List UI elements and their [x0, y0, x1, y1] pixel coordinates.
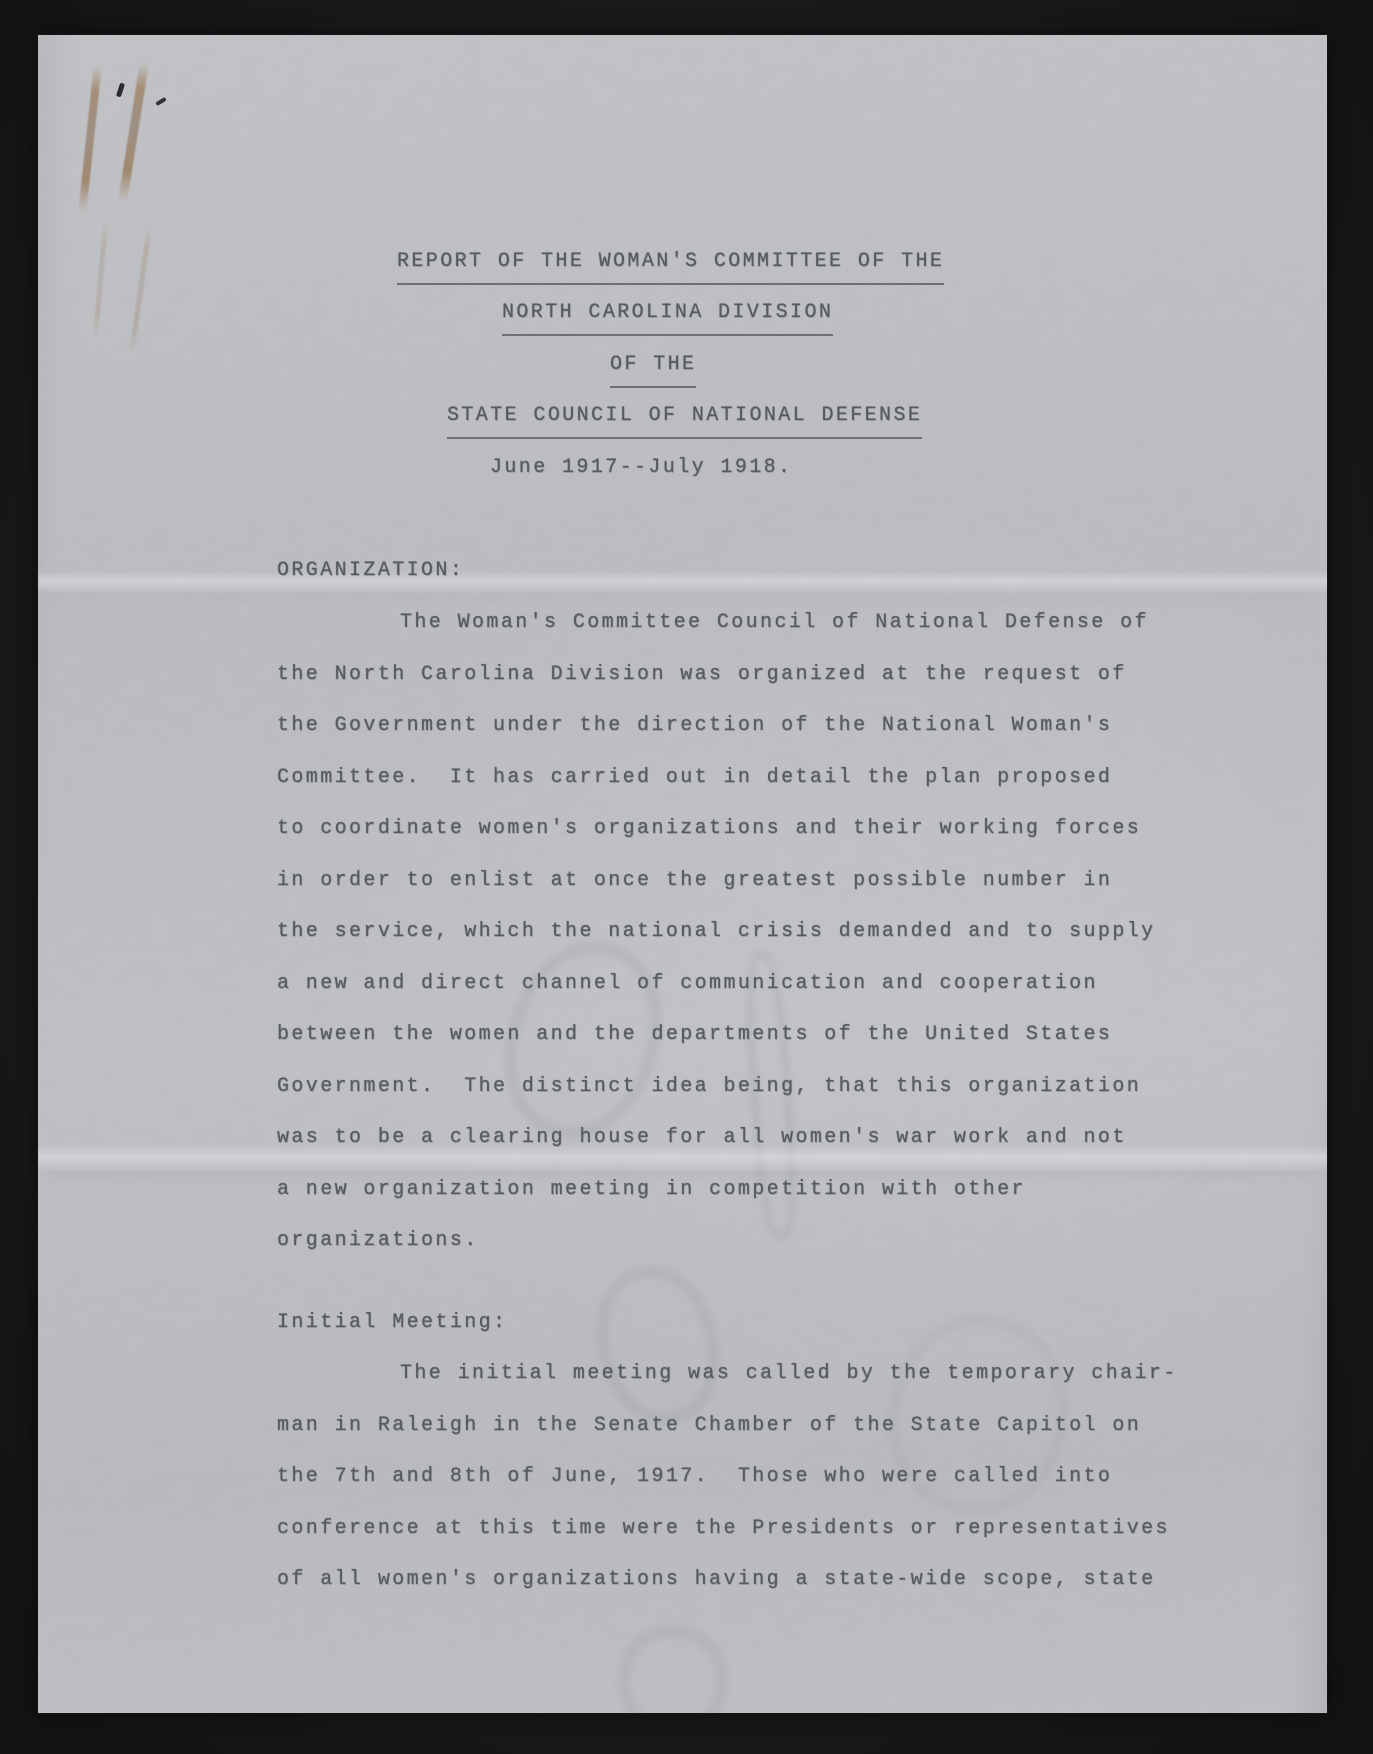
paragraph-line: Government. The distinct idea being, tha…	[277, 1061, 1156, 1113]
title-line-text: REPORT OF THE WOMAN'S COMMITTEE OF THE	[397, 246, 944, 285]
paragraph-line: The initial meeting was called by the te…	[277, 1348, 1178, 1400]
stamp-bleedthrough	[618, 1625, 728, 1713]
fold-crease	[38, 571, 1327, 593]
paragraph-line: between the women and the departments of…	[277, 1009, 1156, 1061]
section-heading-initial-meeting: Initial Meeting:	[277, 1303, 507, 1343]
title-line-text: OF THE	[610, 349, 696, 388]
title-line: OF THE	[610, 349, 696, 388]
paragraph-line: was to be a clearing house for all women…	[277, 1112, 1156, 1164]
paragraph-line: man in Raleigh in the Senate Chamber of …	[277, 1400, 1178, 1452]
rust-stain	[78, 65, 101, 213]
paragraph-line: the Government under the direction of th…	[277, 700, 1156, 752]
title-line: NORTH CAROLINA DIVISION	[502, 297, 833, 336]
title-line: STATE COUNCIL OF NATIONAL DEFENSE	[447, 400, 922, 439]
paragraph-line: the 7th and 8th of June, 1917. Those who…	[277, 1451, 1178, 1503]
paragraph-line: of all women's organizations having a st…	[277, 1554, 1178, 1606]
document-page: REPORT OF THE WOMAN'S COMMITTEE OF THE N…	[38, 35, 1327, 1713]
paragraph-line: to coordinate women's organizations and …	[277, 803, 1156, 855]
rust-stain	[93, 220, 108, 340]
section-heading-organization: ORGANIZATION:	[277, 551, 464, 591]
paragraph-line: organizations.	[277, 1215, 1156, 1267]
paragraph-line: the service, which the national crisis d…	[277, 906, 1156, 958]
paragraph-line: the North Carolina Division was organize…	[277, 649, 1156, 701]
date-line: June 1917--July 1918.	[490, 452, 792, 484]
paragraph-line: in order to enlist at once the greatest …	[277, 855, 1156, 907]
title-line-text: STATE COUNCIL OF NATIONAL DEFENSE	[447, 400, 922, 439]
title-line: REPORT OF THE WOMAN'S COMMITTEE OF THE	[397, 246, 944, 285]
paragraph-line: a new organization meeting in competitio…	[277, 1164, 1156, 1216]
paragraph-line: conference at this time were the Preside…	[277, 1503, 1178, 1555]
rust-stain	[129, 225, 152, 354]
paragraph-organization: The Woman's Committee Council of Nationa…	[277, 597, 1156, 1267]
scan-background: REPORT OF THE WOMAN'S COMMITTEE OF THE N…	[0, 0, 1373, 1754]
paragraph-line: Committee. It has carried out in detail …	[277, 752, 1156, 804]
paragraph-initial-meeting: The initial meeting was called by the te…	[277, 1348, 1178, 1606]
title-line-text: NORTH CAROLINA DIVISION	[502, 297, 833, 336]
paragraph-line: The Woman's Committee Council of Nationa…	[277, 597, 1156, 649]
ink-speck	[155, 97, 166, 106]
paragraph-line: a new and direct channel of communicatio…	[277, 958, 1156, 1010]
ink-speck	[116, 83, 125, 98]
